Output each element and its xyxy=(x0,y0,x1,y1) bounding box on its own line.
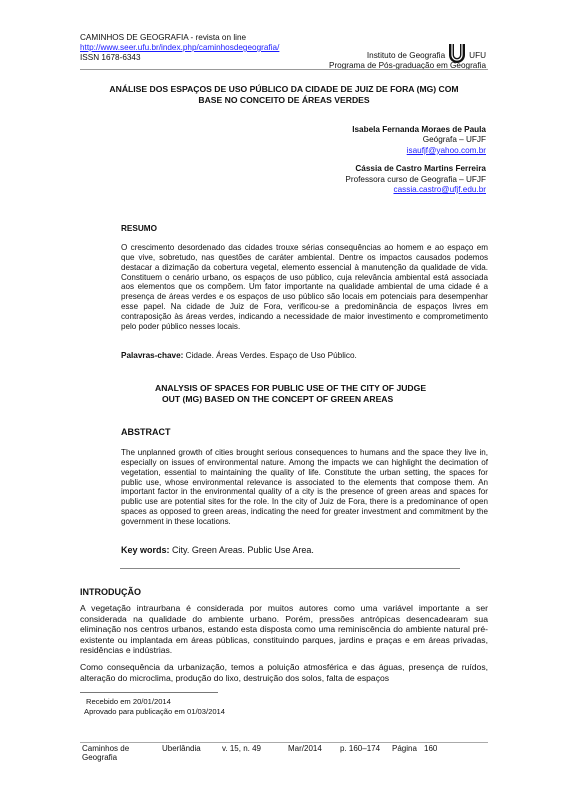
footer-divider xyxy=(80,742,488,743)
ufu-logo-icon xyxy=(448,43,466,63)
resumo-heading: RESUMO xyxy=(121,224,157,233)
journal-name: CAMINHOS DE GEOGRAFIA - revista on line xyxy=(80,33,279,43)
received-date: Recebido em 20/01/2014 xyxy=(86,697,225,707)
institute-name: Instituto de Geografia xyxy=(367,51,445,61)
author-role: Professora curso de Geografia – UFJF xyxy=(345,175,486,185)
section-divider xyxy=(120,568,460,569)
article-title-line-1: ANÁLISE DOS ESPAÇOS DE USO PÚBLICO DA CI… xyxy=(80,84,488,95)
palavras-chave: Palavras-chave: Cidade. Áreas Verdes. Es… xyxy=(121,351,357,360)
article-title-line-2: BASE NO CONCEITO DE ÁREAS VERDES xyxy=(80,95,488,106)
footer-city: Uberlândia xyxy=(162,744,222,762)
author-name: Cássia de Castro Martins Ferreira xyxy=(345,164,486,174)
journal-url-link[interactable]: http://www.seer.ufu.br/index.php/caminho… xyxy=(80,43,279,52)
paragraph: Como consequência da urbanização, temos … xyxy=(80,662,488,683)
introducao-body: A vegetação intraurbana é considerada po… xyxy=(80,603,488,689)
english-title-line-2: OUT (MG) BASED ON THE CONCEPT OF GREEN A… xyxy=(155,394,475,405)
keywords-value: Cidade. Áreas Verdes. Espaço de Uso Públ… xyxy=(186,351,357,360)
footer-date: Mar/2014 xyxy=(288,744,340,762)
author-role: Geógrafa – UFJF xyxy=(345,135,486,145)
keywords-label: Palavras-chave: xyxy=(121,351,183,360)
author-name: Isabela Fernanda Moraes de Paula xyxy=(345,125,486,135)
authors-block: Isabela Fernanda Moraes de Paula Geógraf… xyxy=(345,125,486,195)
journal-header: CAMINHOS DE GEOGRAFIA - revista on line … xyxy=(80,33,279,63)
keywords-value: City. Green Areas. Public Use Area. xyxy=(172,545,314,555)
institution-header: Instituto de Geografia UFU Programa de P… xyxy=(329,41,486,71)
footer-page-label: Página xyxy=(392,744,424,762)
article-title: ANÁLISE DOS ESPAÇOS DE USO PÚBLICO DA CI… xyxy=(80,84,488,106)
footnote: Recebido em 20/01/2014 Aprovado para pub… xyxy=(86,697,225,717)
key-words: Key words: City. Green Areas. Public Use… xyxy=(121,545,314,555)
footnote-divider xyxy=(80,692,218,693)
author-email-link[interactable]: isaufjf@yahoo.com.br xyxy=(407,146,486,155)
english-title-line-1: ANALYSIS OF SPACES FOR PUBLIC USE OF THE… xyxy=(155,383,475,394)
university-name: UFU xyxy=(469,51,486,61)
footer-journal: Caminhos de Geografia xyxy=(82,744,162,762)
introducao-heading: INTRODUÇÃO xyxy=(80,587,141,597)
footer-pages: p. 160–174 xyxy=(340,744,392,762)
paragraph: A vegetação intraurbana é considerada po… xyxy=(80,603,488,656)
issn: ISSN 1678-6343 xyxy=(80,53,279,63)
footer-volume: v. 15, n. 49 xyxy=(222,744,288,762)
page-footer: Caminhos de Geografia Uberlândia v. 15, … xyxy=(82,744,488,762)
footer-page-number: 160 xyxy=(424,744,437,762)
approved-date: Aprovado para publicação em 01/03/2014 xyxy=(84,707,225,717)
keywords-label: Key words: xyxy=(121,545,170,555)
abstract-text: The unplanned growth of cities brought s… xyxy=(121,448,488,527)
resumo-text: O crescimento desordenado das cidades tr… xyxy=(121,243,488,332)
author-email-link[interactable]: cassia.castro@ufjf.edu.br xyxy=(393,185,486,194)
header-divider xyxy=(80,69,488,70)
abstract-heading: ABSTRACT xyxy=(121,427,171,437)
english-title: ANALYSIS OF SPACES FOR PUBLIC USE OF THE… xyxy=(155,383,475,404)
